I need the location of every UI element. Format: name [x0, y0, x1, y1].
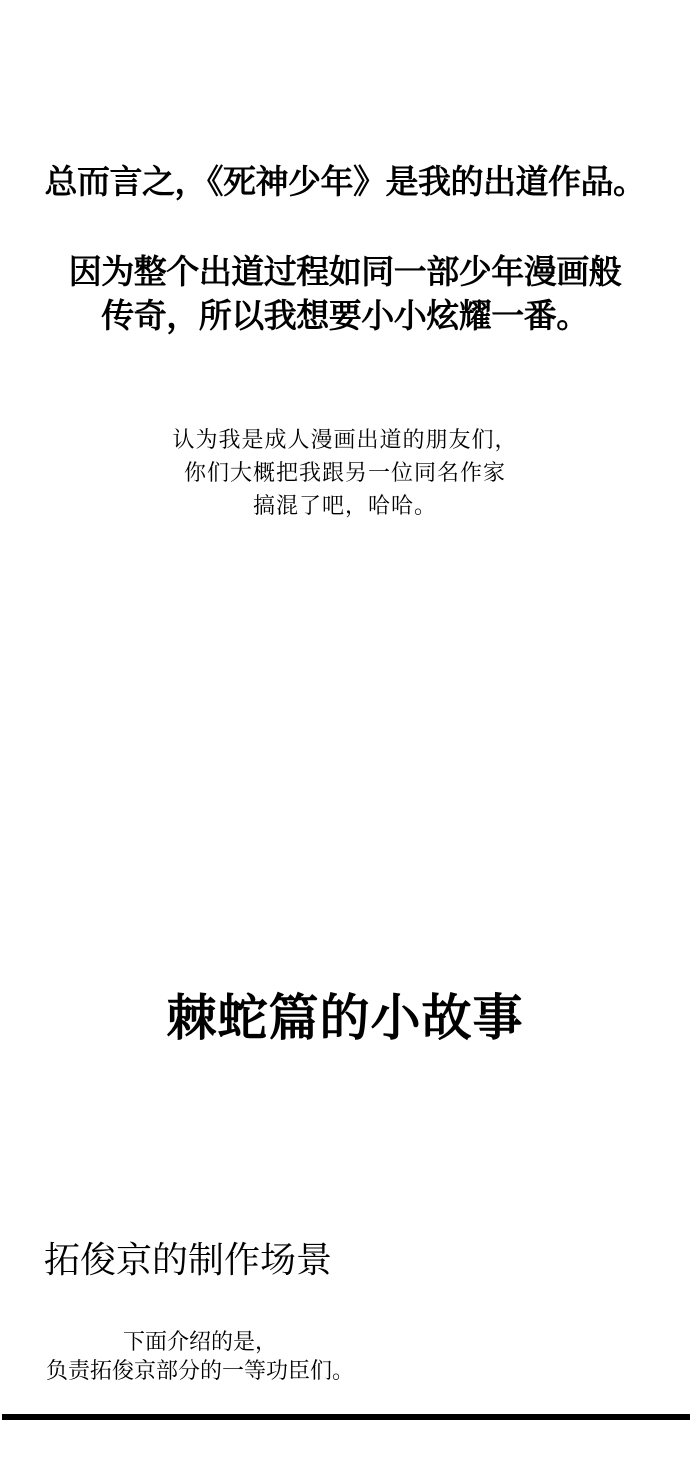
handwritten-note: 认为我是成人漫画出道的朋友们， 你们大概把我跟另一位同名作家 搞混了吧，哈哈。: [0, 424, 690, 523]
caption-debut-work: 总而言之，《死神少年》是我的出道作品。: [0, 162, 690, 202]
section-title: 棘蛇篇的小故事: [0, 988, 690, 1048]
description-line: 下面介绍的是，: [0, 1328, 400, 1357]
panel-divider: [2, 1414, 690, 1420]
caption-line: 因为整个出道过程如同一部少年漫画般: [0, 252, 690, 296]
subsection-description: 下面介绍的是， 负责拓俊京部分的一等功臣们。: [0, 1328, 400, 1386]
subsection-title: 拓俊京的制作场景: [44, 1238, 332, 1284]
note-line: 你们大概把我跟另一位同名作家: [0, 457, 690, 490]
caption-line: 传奇，所以我想要小小炫耀一番。: [0, 296, 690, 340]
note-line: 搞混了吧，哈哈。: [0, 490, 690, 523]
description-line: 负责拓俊京部分的一等功臣们。: [0, 1357, 400, 1386]
caption-legendary-debut: 因为整个出道过程如同一部少年漫画般 传奇，所以我想要小小炫耀一番。: [0, 252, 690, 340]
note-line: 认为我是成人漫画出道的朋友们，: [0, 424, 690, 457]
